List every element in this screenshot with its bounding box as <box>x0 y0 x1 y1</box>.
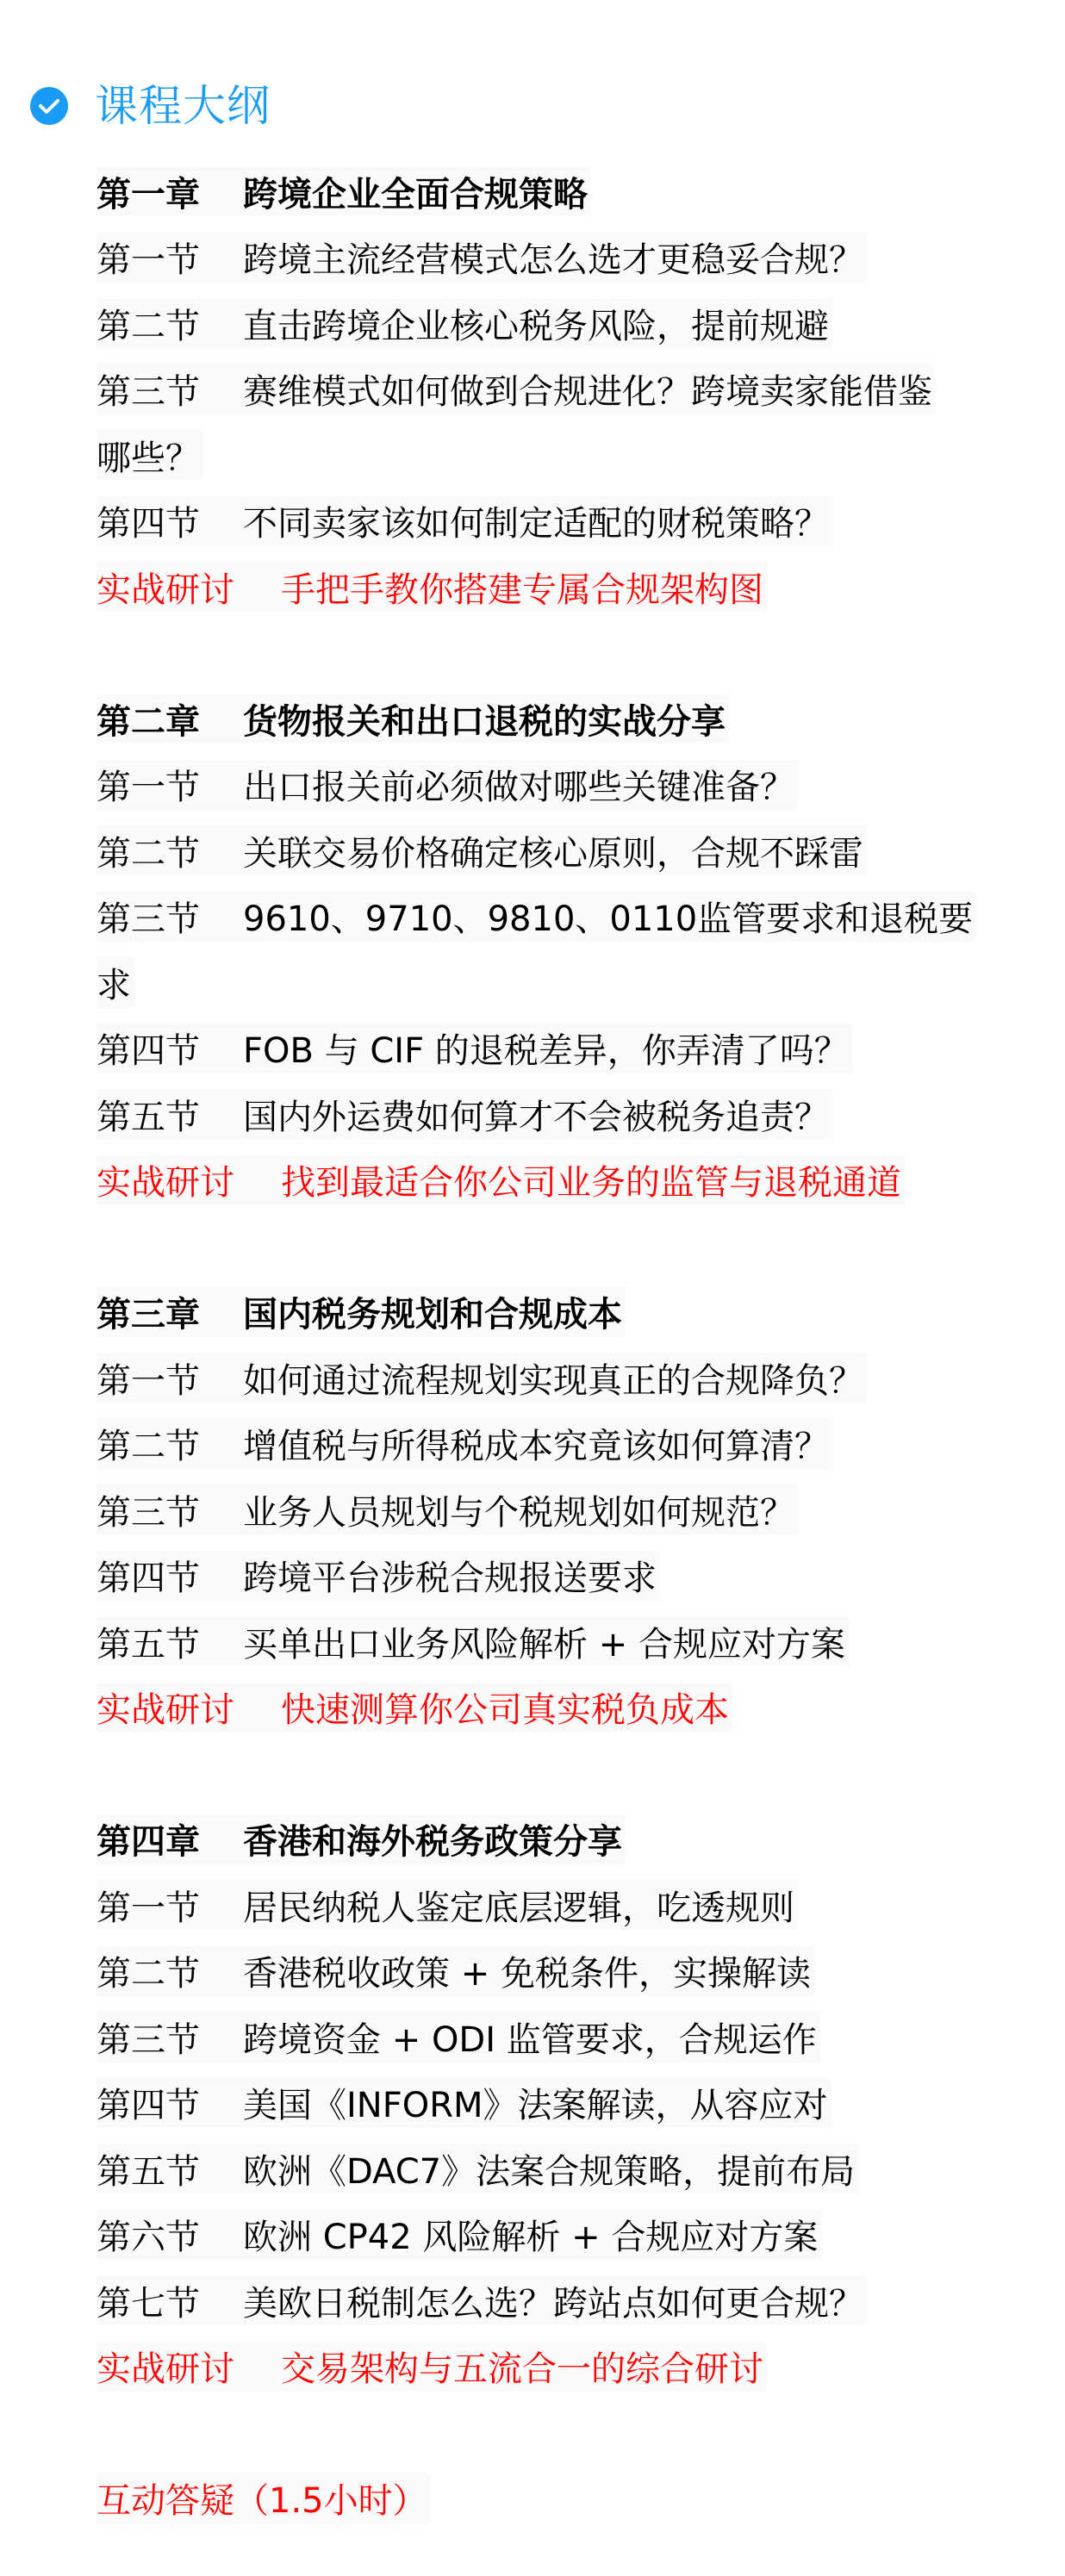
workshop-label: 实战研讨 <box>97 563 281 612</box>
page-title: 课程大纲 <box>95 83 271 129</box>
chapter-heading: 第二章货物报关和出口退税的实战分享 <box>97 686 1044 752</box>
spacer <box>97 620 1044 687</box>
section-label: 第三节 <box>97 2013 243 2062</box>
workshop-text: 手把手教你搭建专属合规架构图 <box>281 563 763 612</box>
check-circle-icon <box>30 87 68 125</box>
section-label: 第三节 <box>97 892 243 941</box>
section-label: 第三节 <box>97 1485 243 1534</box>
section-item: 第四节跨境平台涉税合规报送要求 <box>97 1543 1044 1609</box>
section-item: 第三节跨境资金 + ODI 监管要求，合规运作 <box>97 2004 1044 2070</box>
chapter-label: 第二章 <box>97 694 243 744</box>
section-text: 跨境资金 + ODI 监管要求，合规运作 <box>243 2013 817 2062</box>
section-item: 第三节9610、9710、9810、0110监管要求和退税要 <box>97 884 1044 950</box>
section-label: 第四节 <box>97 496 243 545</box>
chapter-label: 第四章 <box>97 1814 243 1864</box>
section-item: 第一节跨境主流经营模式怎么选才更稳妥合规？ <box>97 225 1044 291</box>
section-text: 居民纳税人鉴定底层逻辑，吃透规则 <box>243 1881 794 1930</box>
workshop-text: 快速测算你公司真实税负成本 <box>281 1683 729 1732</box>
section-label: 第七节 <box>97 2276 243 2325</box>
workshop-label: 实战研讨 <box>97 1683 281 1732</box>
chapter-title: 香港和海外税务政策分享 <box>243 1814 622 1864</box>
workshop-text: 找到最适合你公司业务的监管与退税通道 <box>281 1155 901 1204</box>
outline-header: 课程大纲 <box>30 83 271 129</box>
chapter-label: 第三章 <box>97 1287 243 1336</box>
section-text: 美欧日税制怎么选？跨站点如何更合规？ <box>243 2276 863 2325</box>
section-text: 国内外运费如何算才不会被税务追责？ <box>243 1090 829 1139</box>
section-item: 第二节直击跨境企业核心税务风险，提前规避 <box>97 290 1044 357</box>
workshop-item: 实战研讨交易架构与五流合一的综合研讨 <box>97 2334 1044 2400</box>
section-label: 第五节 <box>97 1617 243 1666</box>
workshop-label: 实战研讨 <box>97 1155 281 1204</box>
section-text-continuation: 哪些？ <box>97 422 1044 488</box>
section-label: 第二节 <box>97 1419 243 1468</box>
section-item: 第六节欧洲 CP42 风险解析 + 合规应对方案 <box>97 2202 1044 2268</box>
section-text: 直击跨境企业核心税务风险，提前规避 <box>243 299 829 348</box>
workshop-label: 实战研讨 <box>97 2342 281 2391</box>
workshop-item: 实战研讨快速测算你公司真实税负成本 <box>97 1675 1044 1741</box>
workshop-item: 实战研讨手把手教你搭建专属合规架构图 <box>97 554 1044 620</box>
section-item: 第二节关联交易价格确定核心原则，合规不踩雷 <box>97 818 1044 884</box>
section-text: 跨境平台涉税合规报送要求 <box>243 1551 657 1600</box>
workshop-text: 交易架构与五流合一的综合研讨 <box>281 2342 763 2391</box>
section-label: 第二节 <box>97 1946 243 1995</box>
section-item: 第五节国内外运费如何算才不会被税务追责？ <box>97 1081 1044 1148</box>
section-item: 第二节增值税与所得税成本究竟该如何算清？ <box>97 1411 1044 1478</box>
section-text: 关联交易价格确定核心原则，合规不踩雷 <box>243 826 863 875</box>
chapter-title: 货物报关和出口退税的实战分享 <box>243 694 726 744</box>
section-text: 出口报关前必须做对哪些关键准备？ <box>243 760 794 809</box>
chapter-heading: 第四章香港和海外税务政策分享 <box>97 1807 1044 1873</box>
spacer <box>97 2399 1044 2466</box>
section-item: 第一节居民纳税人鉴定底层逻辑，吃透规则 <box>97 1872 1044 1938</box>
section-item: 第一节出口报关前必须做对哪些关键准备？ <box>97 752 1044 818</box>
section-label: 第一节 <box>97 760 243 809</box>
section-label: 第二节 <box>97 826 243 875</box>
section-label: 第六节 <box>97 2210 243 2259</box>
section-text: FOB 与 CIF 的退税差异，你弄清了吗？ <box>243 1024 849 1073</box>
section-item: 第四节FOB 与 CIF 的退税差异，你弄清了吗？ <box>97 1016 1044 1082</box>
section-text: 9610、9710、9810、0110监管要求和退税要 <box>243 892 973 941</box>
section-label: 第四节 <box>97 1551 243 1600</box>
section-label: 第二节 <box>97 299 243 348</box>
section-text: 不同卖家该如何制定适配的财税策略？ <box>243 496 829 545</box>
section-text: 如何通过流程规划实现真正的合规降负？ <box>243 1353 863 1403</box>
section-item: 第四节美国《INFORM》法案解读，从容应对 <box>97 2070 1044 2137</box>
chapter-label: 第一章 <box>97 167 243 216</box>
workshop-item: 实战研讨找到最适合你公司业务的监管与退税通道 <box>97 1148 1044 1214</box>
section-item: 第二节香港税收政策 + 免税条件，实操解读 <box>97 1938 1044 2005</box>
section-text: 欧洲《DAC7》法案合规策略，提前布局 <box>243 2144 855 2193</box>
spacer <box>97 1213 1044 1279</box>
section-label: 第四节 <box>97 2078 243 2127</box>
qa-text: 互动答疑（1.5小时） <box>97 2473 427 2523</box>
section-text: 增值税与所得税成本究竟该如何算清？ <box>243 1419 829 1468</box>
section-text: 欧洲 CP42 风险解析 + 合规应对方案 <box>243 2210 818 2259</box>
section-item: 第七节美欧日税制怎么选？跨站点如何更合规？ <box>97 2268 1044 2334</box>
section-text: 美国《INFORM》法案解读，从容应对 <box>243 2078 828 2127</box>
section-label: 第五节 <box>97 1090 243 1139</box>
section-label: 第四节 <box>97 1024 243 1073</box>
section-label: 第五节 <box>97 2144 243 2193</box>
section-item: 第三节业务人员规划与个税规划如何规范？ <box>97 1477 1044 1543</box>
section-text-continuation: 求 <box>97 949 1044 1016</box>
qa-item: 互动答疑（1.5小时） <box>97 2466 1044 2532</box>
section-item: 第五节买单出口业务风险解析 + 合规应对方案 <box>97 1608 1044 1675</box>
section-item: 第一节如何通过流程规划实现真正的合规降负？ <box>97 1345 1044 1411</box>
section-item: 第五节欧洲《DAC7》法案合规策略，提前布局 <box>97 2136 1044 2202</box>
chapter-title: 跨境企业全面合规策略 <box>243 167 588 216</box>
section-text: 跨境主流经营模式怎么选才更稳妥合规？ <box>243 233 863 282</box>
section-item: 第四节不同卖家该如何制定适配的财税策略？ <box>97 488 1044 555</box>
section-text: 赛维模式如何做到合规进化？跨境卖家能借鉴 <box>243 364 932 414</box>
course-outline: 第一章跨境企业全面合规策略 第一节跨境主流经营模式怎么选才更稳妥合规？ 第二节直… <box>97 159 1044 2531</box>
section-label: 第一节 <box>97 1881 243 1930</box>
section-label: 第一节 <box>97 233 243 282</box>
section-item: 第三节赛维模式如何做到合规进化？跨境卖家能借鉴 <box>97 357 1044 423</box>
chapter-title: 国内税务规划和合规成本 <box>243 1287 622 1336</box>
section-text: 业务人员规划与个税规划如何规范？ <box>243 1485 794 1534</box>
chapter-heading: 第一章跨境企业全面合规策略 <box>97 159 1044 225</box>
section-text: 哪些？ <box>97 431 200 480</box>
section-text: 求 <box>97 958 131 1007</box>
spacer <box>97 1740 1044 1807</box>
section-label: 第三节 <box>97 364 243 414</box>
section-text: 香港税收政策 + 免税条件，实操解读 <box>243 1946 811 1995</box>
chapter-heading: 第三章国内税务规划和合规成本 <box>97 1279 1044 1346</box>
section-text: 买单出口业务风险解析 + 合规应对方案 <box>243 1617 845 1666</box>
section-label: 第一节 <box>97 1353 243 1403</box>
